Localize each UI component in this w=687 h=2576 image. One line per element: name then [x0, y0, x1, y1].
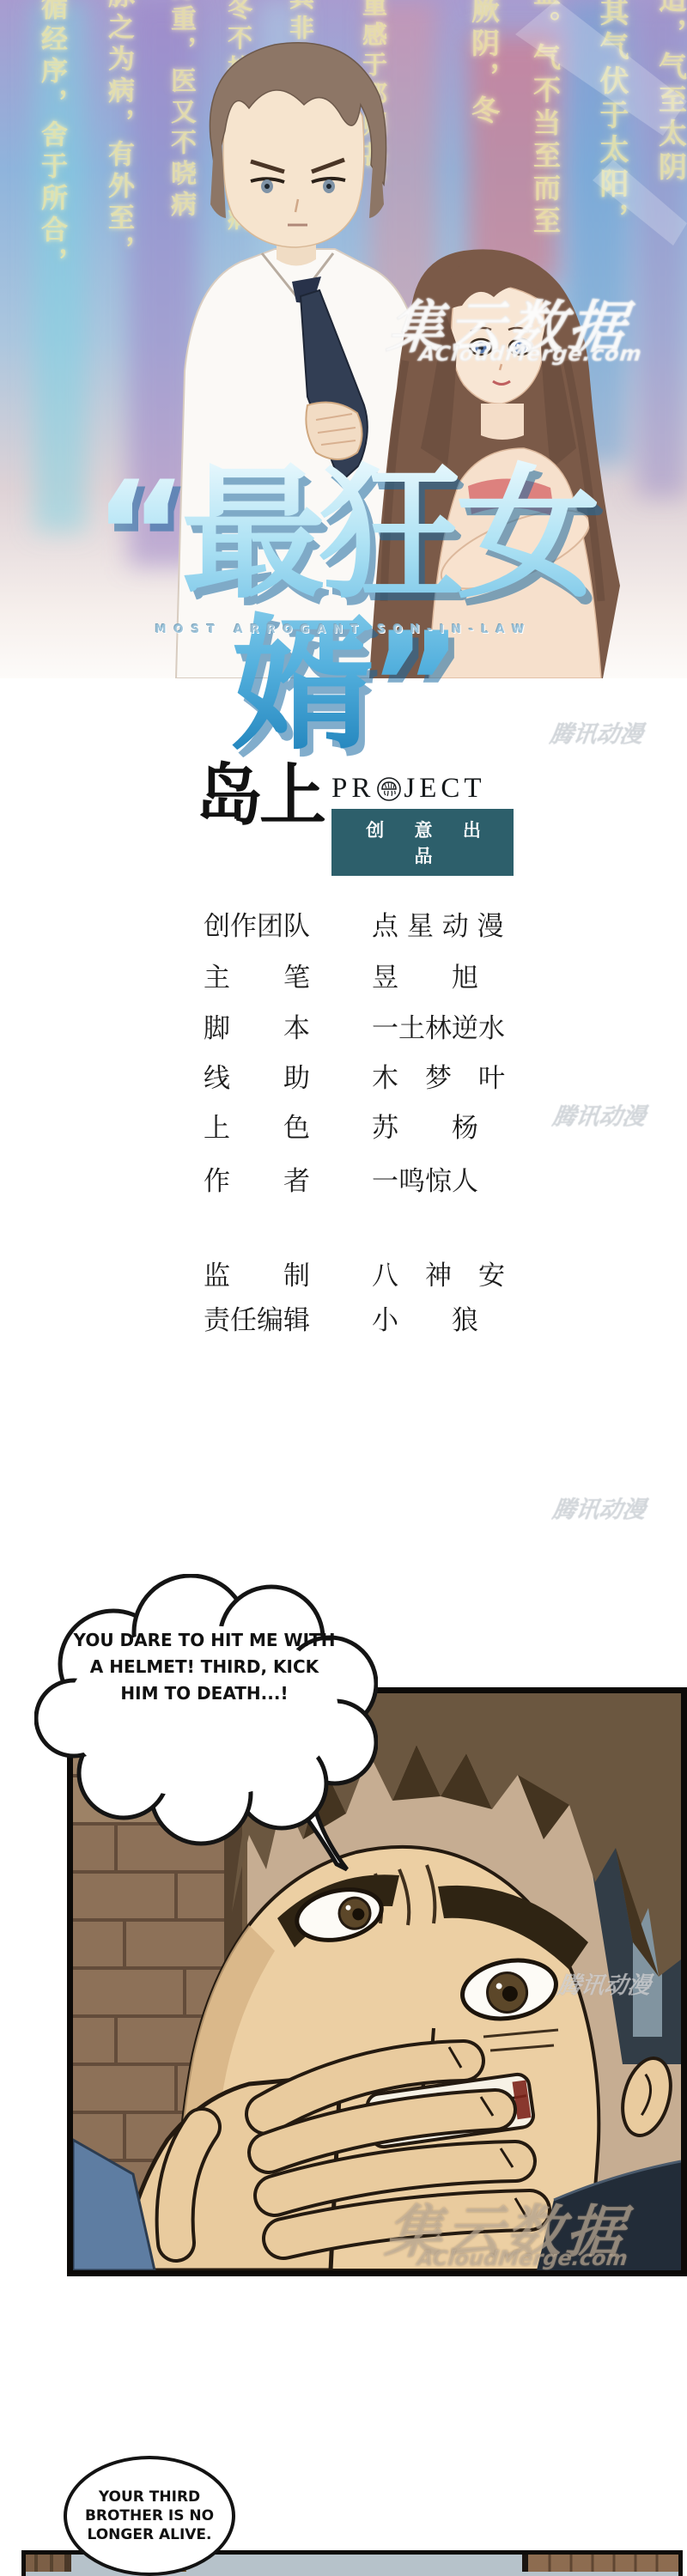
credit-label: 作 者: [204, 1159, 324, 1198]
speech-line: YOU DARE TO HIT ME WITH: [50, 1627, 359, 1654]
speech-bubble-text: YOU DARE TO HIT ME WITH A HELMET! THIRD,…: [50, 1627, 359, 1707]
speech-line: A HELMET! THIRD, KICK: [50, 1654, 359, 1680]
credit-label: 责任编辑: [204, 1298, 324, 1337]
credit-label: 脚 本: [204, 1006, 324, 1045]
speech-line: HIM TO DEATH...!: [50, 1680, 359, 1707]
acloudmerge-watermark-domain: ACloudMerge.com: [416, 2246, 629, 2270]
credit-label: 线 助: [204, 1056, 324, 1095]
jellyfish-icon: [376, 776, 402, 802]
credit-value: 小 狼: [372, 1298, 478, 1337]
credit-row: 监 制八 神 安: [204, 1254, 564, 1292]
credit-value: 昱 旭: [372, 956, 478, 994]
tencent-comics-watermark: 腾讯动漫: [550, 1491, 675, 1524]
publisher-tagline: 创 意 出 品: [331, 809, 514, 876]
project-text-left: PR: [331, 773, 374, 805]
credit-value: 一土林逆水: [372, 1006, 505, 1045]
acloudmerge-watermark-domain: ACloudMerge.com: [418, 342, 644, 366]
credit-label: 主 笔: [204, 956, 324, 994]
credit-value: 八 神 安: [372, 1254, 505, 1292]
credit-row: 线 助木 梦 叶: [204, 1056, 564, 1095]
credit-value: 苏 杨: [372, 1106, 478, 1145]
publisher-project-row: PR JECT: [331, 773, 514, 805]
series-title-english: MOST ARROGANT SON-IN-LAW: [0, 623, 687, 636]
light-flares: [515, 0, 687, 246]
comic-page: 循经序，舍于所合， 脉之为病，有外至， 劳重，医又不晓病 冬不按跷，春不病 其非…: [0, 0, 687, 2576]
credit-row: 脚 本一土林逆水: [204, 1006, 564, 1045]
tencent-comics-watermark: 腾讯动漫: [548, 715, 672, 749]
tencent-comics-watermark: 腾讯动漫: [550, 1097, 675, 1131]
credit-label: 上 色: [204, 1106, 324, 1145]
credit-row: 作 者一鸣惊人: [204, 1159, 564, 1198]
publisher-logo: 岛上 PR JECT 创 意 出 品: [196, 764, 514, 876]
speech-line: LONGER ALIVE.: [87, 2525, 211, 2544]
speech-line: BROTHER IS NO: [85, 2506, 214, 2525]
publisher-name-cn: 岛上: [196, 764, 323, 828]
credit-row: 主 笔昱 旭: [204, 956, 564, 994]
series-title: “最狂女婿” “最狂女婿”: [0, 459, 687, 630]
speech-line: YOUR THIRD: [99, 2488, 200, 2506]
project-text-right: JECT: [404, 773, 485, 805]
speech-bubble-shout: YOU DARE TO HIT ME WITH A HELMET! THIRD,…: [34, 1574, 378, 1874]
credit-row: 创作团队点 星 动 漫: [204, 904, 564, 943]
speech-bubble-cloud-shape: [34, 1574, 378, 1874]
credit-value: 点 星 动 漫: [372, 904, 504, 943]
tencent-comics-watermark: 腾讯动漫: [556, 1966, 680, 2000]
credit-value: 木 梦 叶: [372, 1056, 505, 1095]
credit-row: 责任编辑小 狼: [204, 1298, 564, 1337]
credit-row: 上 色苏 杨: [204, 1106, 564, 1145]
credit-value: 一鸣惊人: [372, 1159, 478, 1198]
credit-label: 监 制: [204, 1254, 324, 1292]
speech-bubble-reply: YOUR THIRD BROTHER IS NO LONGER ALIVE.: [64, 2456, 235, 2576]
credit-label: 创作团队: [204, 904, 324, 943]
